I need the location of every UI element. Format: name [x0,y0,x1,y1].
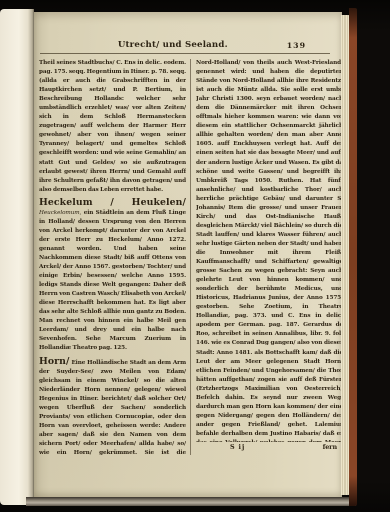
page-number: 139 [287,41,306,50]
section-heading-heckelum: Heckelum / Heukelen/ [39,197,186,208]
book-page: Utrecht/ und Seeland. 139 Theil seines S… [34,12,342,497]
signature-row: S ij fern [196,442,343,452]
left-column: Theil seines Stadtbuchs/ C. Ens in delic… [39,59,186,457]
paragraph-heckelum: Heckelum / Heukelen/ Heuckelomum, ein St… [39,198,186,354]
paragraph-nordholland: Nord-Holland/ von theils auch West-Fries… [196,59,343,442]
paragraph-soldbuch: Theil seines Stadtbuchs/ C. Ens in delic… [39,59,186,195]
running-header: Utrecht/ und Seeland. 139 [38,40,334,53]
header-title: Utrecht/ und Seeland. [118,40,228,50]
right-column: Nord-Holland/ von theils auch West-Fries… [196,59,343,457]
printed-area: Utrecht/ und Seeland. 139 Theil seines S… [38,40,334,485]
section-heading-horn: Horn/ [39,356,70,367]
right-column-body: Nord-Holland/ von theils auch West-Fries… [196,59,343,442]
signature-mark: S ij [230,443,245,452]
book-photo: Utrecht/ und Seeland. 139 Theil seines S… [0,0,390,512]
table-surface [26,497,356,506]
text-columns: Theil seines Stadtbuchs/ C. Ens in delic… [38,57,334,485]
latin-name-heckelum: Heuckelomum, [39,210,81,216]
catchword: fern [323,443,337,452]
column-divider [190,59,191,455]
book-cover-edge [349,8,357,506]
paragraph-heckelum-body: ein Städtlein an dem Fluß Linge in Holla… [39,210,186,352]
opposite-page-edge [0,9,34,505]
header-rule [40,53,330,54]
paragraph-horn-body: Eine Holländische Stadt an dem Arm der S… [39,360,186,458]
paragraph-horn: Horn/ Eine Holländische Stadt an dem Arm… [39,357,186,458]
